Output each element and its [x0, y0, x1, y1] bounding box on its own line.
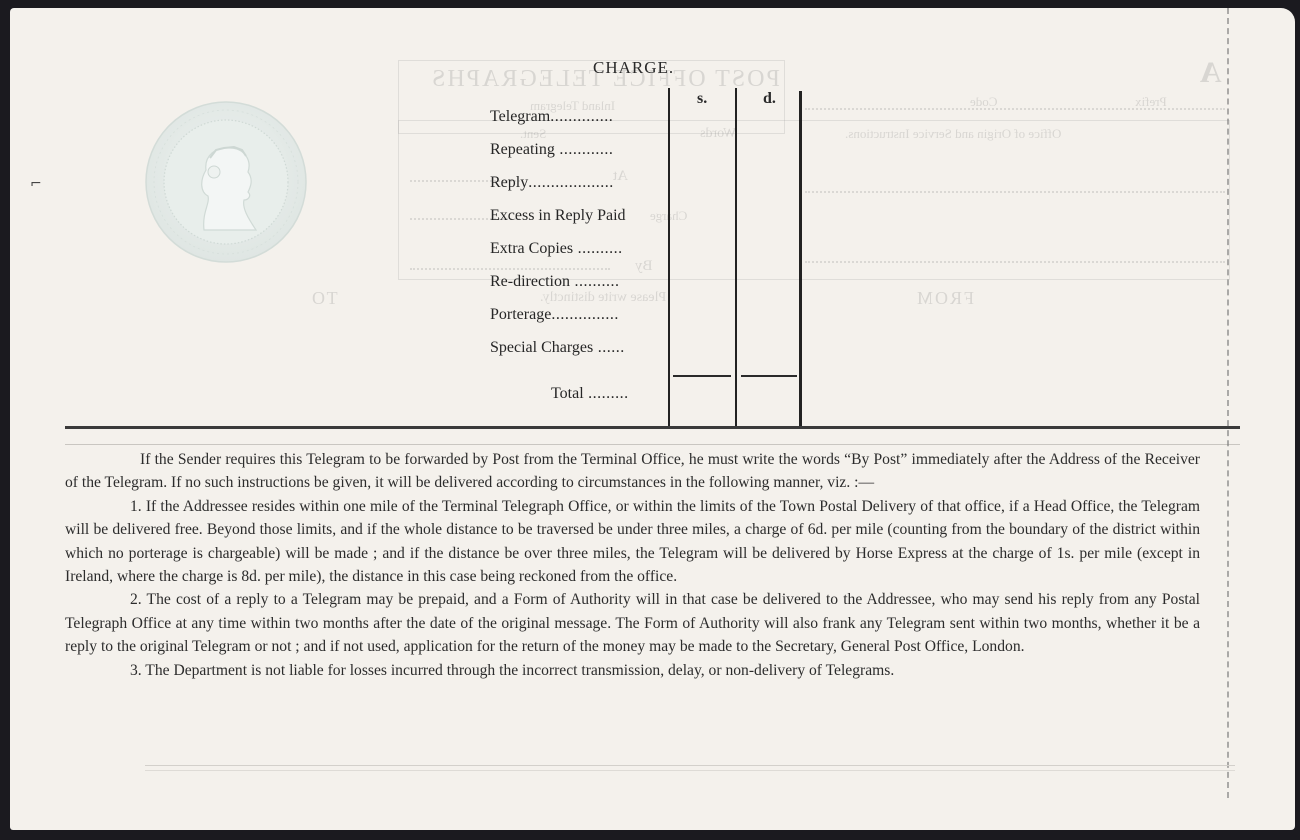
instruction-item-2: 2. The cost of a reply to a Telegram may… — [65, 588, 1200, 658]
charge-heading: CHARGE. — [593, 58, 674, 78]
ghost-from: FROM — [915, 288, 974, 309]
ghost-dotted-line — [805, 191, 1225, 193]
ghost-office-of-origin: Office of Origin and Service Instruction… — [845, 126, 1061, 142]
ghost-form-letter: A — [1200, 56, 1222, 90]
charge-row-porterage: Porterage............... — [490, 306, 668, 324]
charge-row-special-charges: Special Charges ...... — [490, 339, 668, 357]
pence-total-underline — [741, 375, 797, 377]
section-divider-thick — [65, 426, 1240, 429]
column-divider-right — [799, 91, 802, 428]
charge-row-excess-reply-paid: Excess in Reply Paid — [490, 207, 668, 225]
charge-row-redirection: Re-direction .......... — [490, 273, 668, 291]
ghost-please-write: Please write distinctly. — [540, 290, 666, 306]
shillings-column-header: s. — [697, 90, 707, 108]
telegram-form-paper: POST OFFICE TELEGRAPHS Inland Telegram P… — [10, 8, 1295, 830]
ghost-to: TO — [310, 288, 338, 309]
bottom-ghost-rule — [145, 770, 1235, 771]
shillings-total-field[interactable] — [672, 380, 732, 420]
section-divider-thin — [65, 444, 1240, 445]
instruction-item-3: 3. The Department is not liable for loss… — [65, 659, 1200, 682]
corner-tick-mark: ⌐ — [30, 176, 42, 192]
perforation-line — [1227, 8, 1229, 798]
shillings-entry-column[interactable] — [672, 108, 732, 373]
charge-row-extra-copies: Extra Copies .......... — [490, 240, 668, 258]
charge-row-telegram: Telegram.............. — [490, 108, 668, 126]
column-divider-middle — [735, 88, 737, 428]
charge-row-repeating: Repeating ............ — [490, 141, 668, 159]
pence-total-field[interactable] — [739, 380, 797, 420]
embossed-stamp — [144, 100, 308, 264]
delivery-instructions: If the Sender requires this Telegram to … — [65, 448, 1200, 682]
instruction-item-1: 1. If the Addressee resides within one m… — [65, 495, 1200, 589]
ghost-dotted-line — [805, 108, 1225, 110]
pence-column-header: d. — [763, 90, 776, 108]
charge-row-total: Total ......... — [551, 385, 668, 403]
column-divider-left — [668, 88, 670, 428]
ghost-dotted-line — [805, 261, 1225, 263]
ghost-sent: Sent. — [520, 126, 546, 142]
instructions-intro: If the Sender requires this Telegram to … — [65, 448, 1200, 495]
queen-head-stamp-icon — [144, 100, 308, 264]
charge-row-reply: Reply................... — [490, 174, 668, 192]
shillings-total-underline — [673, 375, 731, 377]
pence-entry-column[interactable] — [739, 108, 797, 373]
ghost-dotted-line — [410, 268, 610, 270]
bottom-ghost-rule — [145, 765, 1235, 766]
